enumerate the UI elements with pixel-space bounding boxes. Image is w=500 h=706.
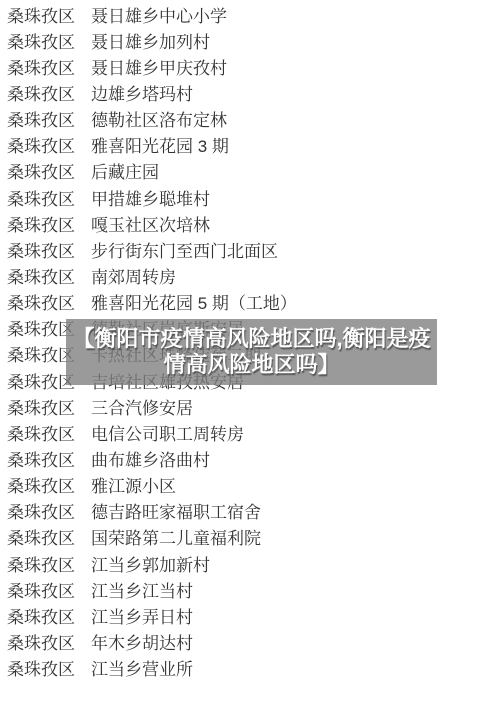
place-label: 雅喜阳光花园 5 期（工地） [91,289,297,314]
list-item: 桑珠孜区 聂日雄乡加列村 [0,27,500,53]
list-item: 桑珠孜区 曲布雄乡洛曲村 [0,445,500,471]
district-label: 桑珠孜区 [7,368,75,393]
list-item: 桑珠孜区 国荣路第二儿童福利院 [0,524,500,550]
place-label: 江当乡弄日村 [91,603,193,628]
district-label: 桑珠孜区 [7,158,75,183]
list-item: 桑珠孜区 江当乡郭加新村 [0,550,500,576]
district-label: 桑珠孜区 [7,603,75,628]
district-label: 桑珠孜区 [7,2,75,27]
list-item: 桑珠孜区 聂日雄乡中心小学 [0,1,500,27]
list-item: 桑珠孜区 聂日雄乡甲庆孜村 [0,53,500,79]
place-label: 后藏庄园 [91,158,159,183]
place-label: 嘎玉社区次培林 [91,211,210,236]
list-item: 桑珠孜区 边雄乡塔玛村 [0,79,500,105]
list-item: 桑珠孜区 雅江源小区 [0,472,500,498]
list-item: 桑珠孜区 雅喜阳光花园 5 期（工地） [0,289,500,315]
place-label: 南郊周转房 [91,263,176,288]
place-label: 年木乡胡达村 [91,629,193,654]
place-label: 国荣路第二儿童福利院 [91,524,261,549]
district-label: 桑珠孜区 [7,263,75,288]
district-label: 桑珠孜区 [7,629,75,654]
district-label: 桑珠孜区 [7,132,75,157]
district-label: 桑珠孜区 [7,185,75,210]
list-item: 桑珠孜区 甲措雄乡聪堆村 [0,184,500,210]
list-item: 桑珠孜区 年木乡胡达村 [0,628,500,654]
place-label: 聂日雄乡加列村 [91,28,210,53]
list-item: 桑珠孜区 德勒社区洛布定林 [0,106,500,132]
district-label: 桑珠孜区 [7,341,75,366]
list-item: 桑珠孜区 后藏庄园 [0,158,500,184]
district-label: 桑珠孜区 [7,80,75,105]
place-label: 步行街东门至西门北面区 [91,237,278,262]
place-label: 雅喜阳光花园 3 期 [91,132,229,157]
district-label: 桑珠孜区 [7,577,75,602]
list-item: 桑珠孜区 步行街东门至西门北面区 [0,236,500,262]
list-item: 桑珠孜区 三合汽修安居 [0,393,500,419]
list-item: 桑珠孜区 江当乡弄日村 [0,602,500,628]
district-label: 桑珠孜区 [7,28,75,53]
place-label: 雅江源小区 [91,472,176,497]
place-label: 边雄乡塔玛村 [91,80,193,105]
place-label: 江当乡郭加新村 [91,551,210,576]
list-item: 桑珠孜区 南郊周转房 [0,262,500,288]
district-label: 桑珠孜区 [7,498,75,523]
list-item: 桑珠孜区 江当乡江当村 [0,576,500,602]
district-label: 桑珠孜区 [7,315,75,340]
place-label: 聂日雄乡甲庆孜村 [91,54,227,79]
district-label: 桑珠孜区 [7,472,75,497]
list-item: 桑珠孜区 嘎玉社区次培林 [0,210,500,236]
district-label: 桑珠孜区 [7,237,75,262]
place-label: 江当乡营业所 [91,655,193,680]
place-label: 德勒社区洛布定林 [91,106,227,131]
district-label: 桑珠孜区 [7,394,75,419]
list-item: 桑珠孜区 雅喜阳光花园 3 期 [0,132,500,158]
title-overlay: 【衡阳市疫情高风险地区吗,衡阳是疫 情高风险地区吗】 [66,319,437,385]
district-label: 桑珠孜区 [7,54,75,79]
page: 桑珠孜区 聂日雄乡中心小学 桑珠孜区 聂日雄乡加列村 桑珠孜区 聂日雄乡甲庆孜村… [0,0,500,706]
place-label: 德吉路旺家福职工宿舍 [91,498,261,523]
place-label: 电信公司职工周转房 [91,420,244,445]
title-line-2: 情高风险地区吗】 [163,352,339,379]
list-item: 桑珠孜区 德吉路旺家福职工宿舍 [0,498,500,524]
district-label: 桑珠孜区 [7,524,75,549]
place-label: 甲措雄乡聪堆村 [91,185,210,210]
place-label: 江当乡江当村 [91,577,193,602]
list-item: 桑珠孜区 江当乡营业所 [0,655,500,681]
title-line-1: 【衡阳市疫情高风险地区吗,衡阳是疫 [72,326,430,353]
district-label: 桑珠孜区 [7,420,75,445]
place-label: 曲布雄乡洛曲村 [91,446,210,471]
place-label: 聂日雄乡中心小学 [91,2,227,27]
list-item: 桑珠孜区 电信公司职工周转房 [0,419,500,445]
district-label: 桑珠孜区 [7,106,75,131]
district-label: 桑珠孜区 [7,446,75,471]
district-label: 桑珠孜区 [7,655,75,680]
district-label: 桑珠孜区 [7,211,75,236]
place-label: 三合汽修安居 [91,394,193,419]
district-label: 桑珠孜区 [7,551,75,576]
district-label: 桑珠孜区 [7,289,75,314]
